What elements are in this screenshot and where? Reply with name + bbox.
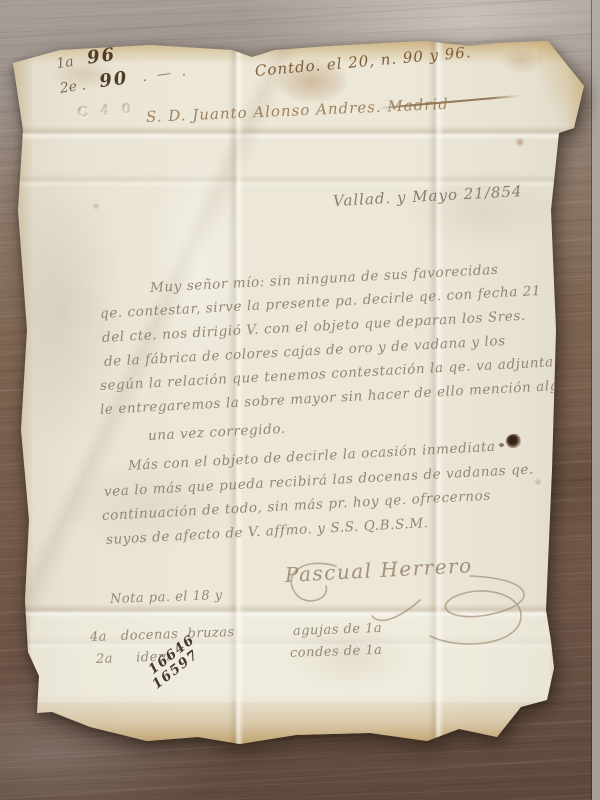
- nota-row1-right: agujas de 1a: [293, 621, 383, 639]
- photo-canvas: { "scene": { "description": "Photograph …: [0, 0, 600, 800]
- paper-edge-tint-right: [566, 40, 592, 740]
- nota-row2-right: condes de 1a: [290, 643, 383, 661]
- letter-paper: 1a 96 2e . 90 . — . C 4 0 Contdo. el 20,…: [0, 0, 600, 800]
- signature-flourish: [0, 0, 600, 800]
- letter-wrapper: 1a 96 2e . 90 . — . C 4 0 Contdo. el 20,…: [0, 0, 600, 800]
